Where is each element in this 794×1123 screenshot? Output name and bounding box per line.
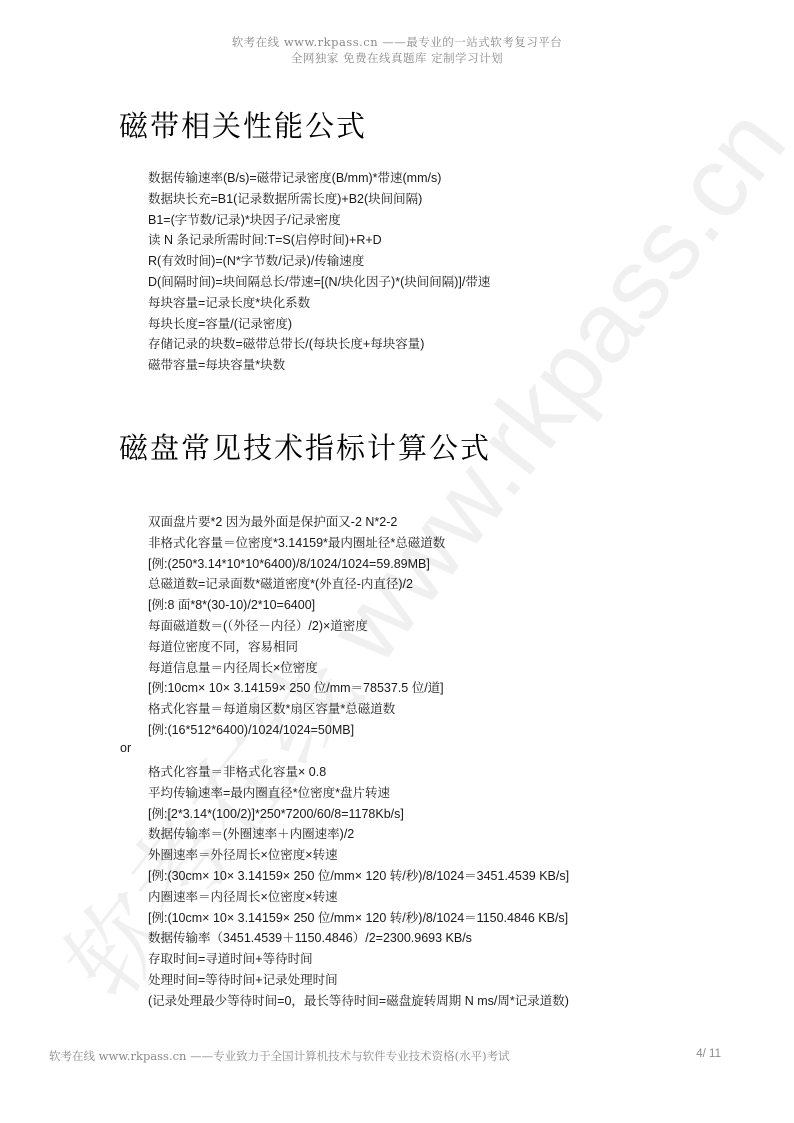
formula-line: 每道位密度不同，容易相同 — [148, 637, 445, 658]
formula-line: 数据块长充=B1(记录数据所需长度)+B2(块间间隔) — [148, 189, 490, 210]
formula-line: [例:10cm× 10× 3.14159× 250 位/mm＝78537.5 位… — [148, 678, 445, 699]
formula-line: 读 N 条记录所需时间:T=S(启停时间)+R+D — [148, 230, 490, 251]
header-line-1: 软考在线 www.rkpass.cn ——最专业的一站式软考复习平台 — [0, 34, 794, 50]
formula-line: [例:(250*3.14*10*10*6400)/8/1024/1024=59.… — [148, 554, 445, 575]
or-label: or — [120, 741, 131, 755]
document-page: 软考在线 www.rkpass.cn 软考在线 www.rkpass.cn ——… — [0, 0, 794, 1123]
formula-line: [例:[2*3.14*(100/2)]*250*7200/60/8=1178Kb… — [148, 804, 569, 825]
page-footer: 软考在线 www.rkpass.cn ——专业致力于全国计算机技术与软件专业技术… — [49, 1048, 721, 1064]
formula-line: 内圈速率＝内径周长×位密度×转速 — [148, 887, 569, 908]
header-line-2: 全网独家 免费在线真题库 定制学习计划 — [0, 50, 794, 66]
formula-line: 数据传输率＝(外圈速率＋内圈速率)/2 — [148, 824, 569, 845]
formula-line: 总磁道数=记录面数*磁道密度*(外直径-内直径)/2 — [148, 574, 445, 595]
section-title-disk: 磁盘常见技术指标计算公式 — [119, 426, 491, 467]
formula-line: 非格式化容量＝位密度*3.14159*最内圈址径*总磁道数 — [148, 533, 445, 554]
footer-text: 软考在线 www.rkpass.cn ——专业致力于全国计算机技术与软件专业技术… — [49, 1049, 510, 1063]
formula-line: 每面磁道数＝(（外径－内径）/2)×道密度 — [148, 616, 445, 637]
formula-line: 平均传输速率=最内圈直径*位密度*盘片转速 — [148, 783, 569, 804]
formula-line: 每块长度=容量/(记录密度) — [148, 314, 490, 335]
page-number: 4/ 11 — [696, 1048, 721, 1060]
formula-line: 双面盘片要*2 因为最外面是保护面又-2 N*2-2 — [148, 512, 445, 533]
formula-line: 磁带容量=每块容量*块数 — [148, 355, 490, 376]
formula-line: [例:(30cm× 10× 3.14159× 250 位/mm× 120 转/秒… — [148, 866, 569, 887]
disk-formula-list-b: 格式化容量＝非格式化容量× 0.8 平均传输速率=最内圈直径*位密度*盘片转速 … — [148, 762, 569, 1012]
formula-line: 格式化容量＝非格式化容量× 0.8 — [148, 762, 569, 783]
formula-line: 外圈速率＝外径周长×位密度×转速 — [148, 845, 569, 866]
formula-line: 存取时间=寻道时间+等待时间 — [148, 949, 569, 970]
formula-line: (记录处理最少等待时间=0，最长等待时间=磁盘旋转周期 N ms/周*记录道数) — [148, 991, 569, 1012]
formula-line: 每道信息量＝内径周长×位密度 — [148, 658, 445, 679]
formula-line: R(有效时间)=(N*字节数/记录)/传输速度 — [148, 251, 490, 272]
formula-line: 格式化容量＝每道扇区数*扇区容量*总磁道数 — [148, 699, 445, 720]
formula-line: 数据传输速率(B/s)=磁带记录密度(B/mm)*带速(mm/s) — [148, 168, 490, 189]
formula-line: [例:8 面*8*(30-10)/2*10=6400] — [148, 595, 445, 616]
formula-line: [例:(10cm× 10× 3.14159× 250 位/mm× 120 转/秒… — [148, 908, 569, 929]
formula-line: 存储记录的块数=磁带总带长/(每块长度+每块容量) — [148, 334, 490, 355]
formula-line: [例:(16*512*6400)/1024/1024=50MB] — [148, 720, 445, 741]
formula-line: B1=(字节数/记录)*块因子/记录密度 — [148, 210, 490, 231]
disk-formula-list-a: 双面盘片要*2 因为最外面是保护面又-2 N*2-2 非格式化容量＝位密度*3.… — [148, 512, 445, 741]
section-title-tape: 磁带相关性能公式 — [119, 104, 367, 145]
formula-line: 数据传输率（3451.4539＋1150.4846）/2=2300.9693 K… — [148, 928, 569, 949]
page-header: 软考在线 www.rkpass.cn ——最专业的一站式软考复习平台 全网独家 … — [0, 34, 794, 66]
formula-line: 处理时间=等待时间+记录处理时间 — [148, 970, 569, 991]
formula-line: D(间隔时间)=块间隔总长/带速=[(N/块化因子)*(块间间隔)]/带速 — [148, 272, 490, 293]
tape-formula-list: 数据传输速率(B/s)=磁带记录密度(B/mm)*带速(mm/s) 数据块长充=… — [148, 168, 490, 376]
formula-line: 每块容量=记录长度*块化系数 — [148, 293, 490, 314]
